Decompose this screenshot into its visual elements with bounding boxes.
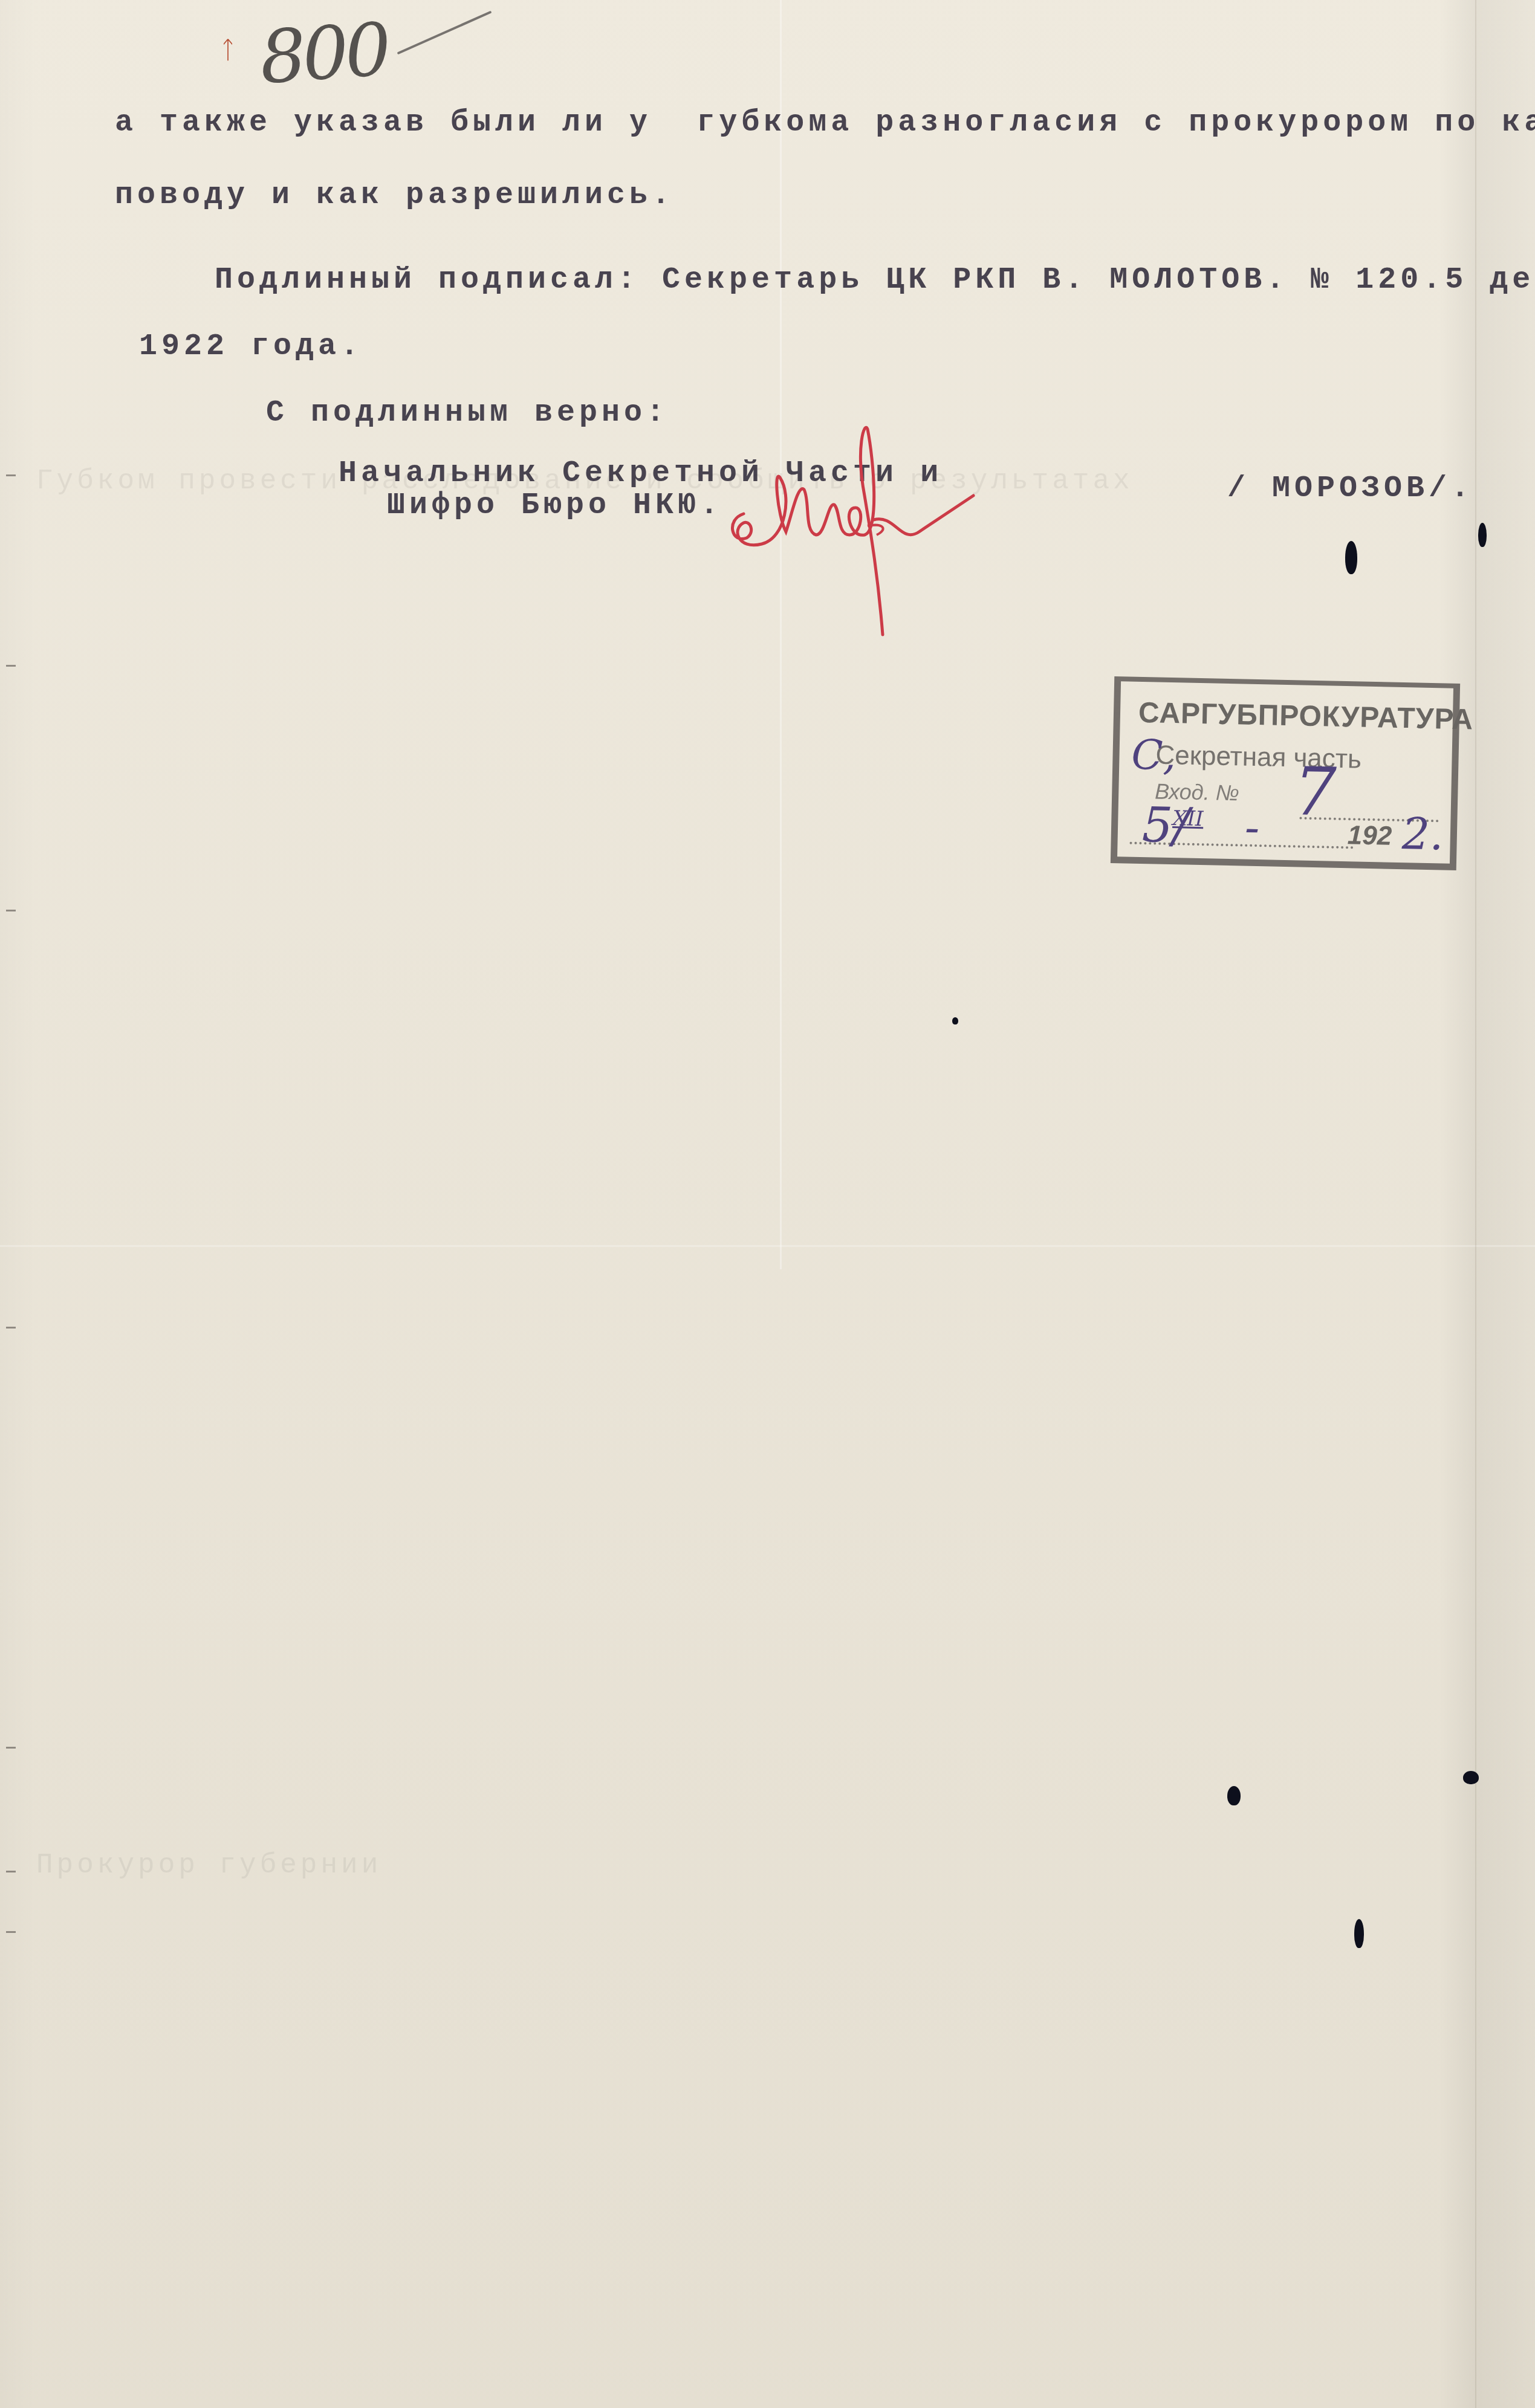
show-through-text: Прокурор губернии (36, 1850, 381, 1881)
stamp-year: 192 (1347, 820, 1392, 852)
body-line-2: поводу и как разрешились. (115, 178, 674, 213)
handwritten-year-digit: 2. (1401, 808, 1444, 859)
red-signature (719, 423, 998, 641)
signer-name: / МОРОЗОВ/. (1227, 471, 1473, 506)
punch-hole (1354, 1919, 1364, 1948)
margin-tick (6, 665, 16, 667)
margin-tick (6, 910, 16, 911)
page-edge (1475, 0, 1476, 2408)
margin-tick (6, 1931, 16, 1933)
handwritten-incoming-number: 7 (1293, 752, 1337, 830)
punch-hole (1478, 523, 1487, 547)
ink-dot (952, 1017, 958, 1024)
margin-tick (6, 1747, 16, 1749)
handwritten-dash: - (1244, 802, 1260, 853)
handwritten-month: XII (1172, 806, 1204, 831)
punch-hole (1227, 1786, 1241, 1805)
punch-hole (1463, 1771, 1479, 1784)
body-line-4-date: 1922 года. (139, 329, 363, 364)
certification-line: С подлинным верно: (266, 396, 669, 430)
margin-tick (6, 1871, 16, 1872)
registration-stamp: САРГУБПРОКУРАТУРА Секретная часть Вход. … (1111, 676, 1460, 870)
red-pencil-mark: ᛏ (221, 36, 235, 64)
body-line-1: а также указав были ли у губкома разногл… (115, 106, 1535, 140)
punch-hole (1345, 541, 1357, 574)
body-line-3: Подлинный подписал: Секретарь ЦК РКП В. … (215, 263, 1535, 297)
margin-tick (6, 474, 16, 476)
pencil-stroke (397, 11, 492, 55)
handwritten-prefix: С, (1131, 731, 1176, 780)
margin-tick (6, 1327, 16, 1329)
stamp-organization: САРГУБПРОКУРАТУРА (1138, 696, 1473, 737)
archive-page-number: 800 (257, 8, 390, 100)
fold-line-horizontal (0, 1245, 1535, 1247)
signer-title-line-2: Шифро Бюро НКЮ. (387, 488, 722, 523)
